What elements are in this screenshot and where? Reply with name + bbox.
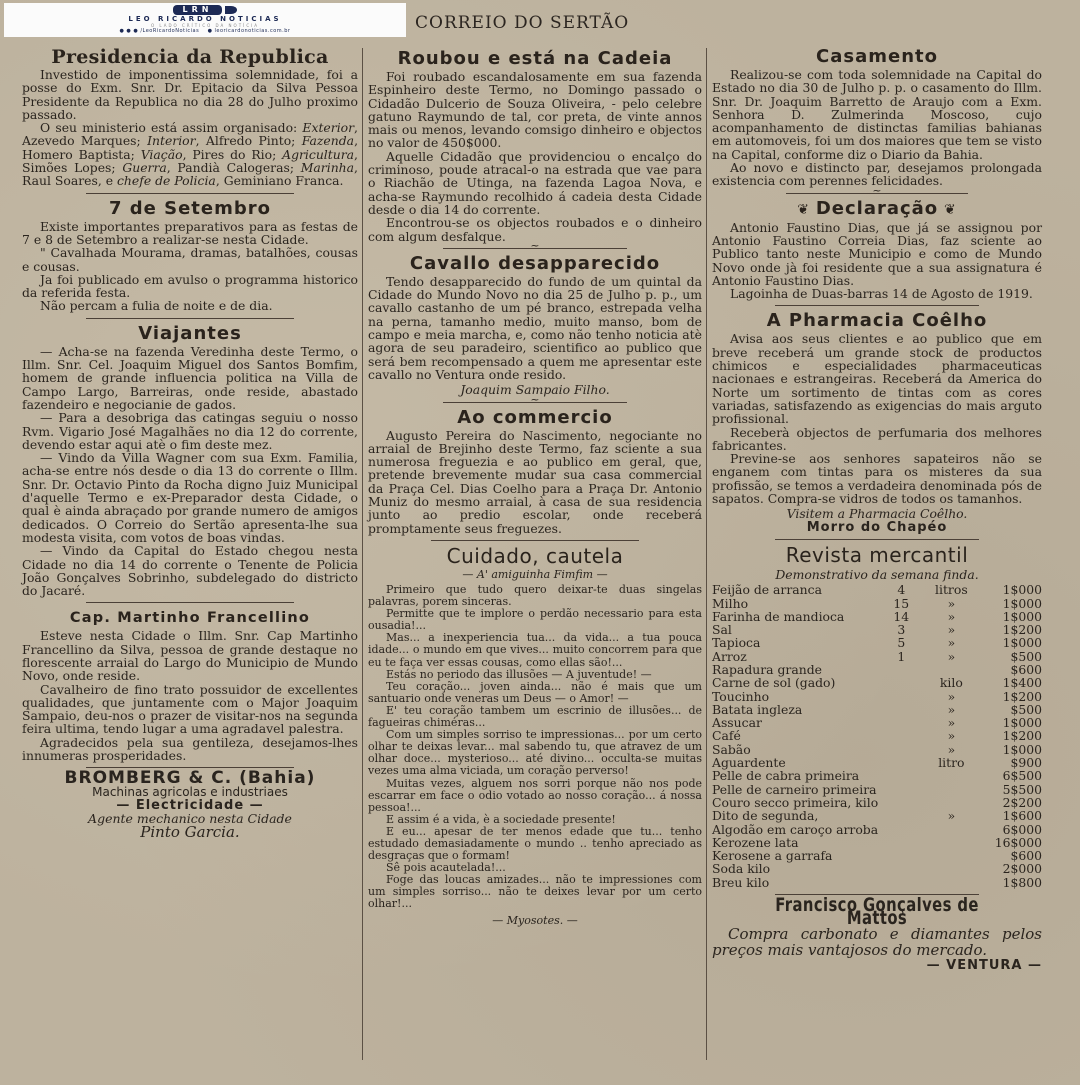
price-name: Kerosene a garrafa xyxy=(712,849,878,862)
ad-title: Francisco Gonçalves de Mattos xyxy=(748,899,1005,926)
price-name: Soda kilo xyxy=(712,862,878,875)
globe-icon: ● xyxy=(208,28,213,34)
price-name: Milho xyxy=(712,597,878,610)
price-price: $500 xyxy=(978,650,1042,663)
price-qty xyxy=(878,876,924,889)
paragraph: — Vindo da Villa Wagner com sua Exm. Fam… xyxy=(22,451,358,544)
price-qty: 1 xyxy=(878,650,924,663)
price-name: Rapadura grande xyxy=(712,663,878,676)
headline: Viajantes xyxy=(22,323,358,345)
paragraph: Muitas vezes, alguem nos sorri porque nã… xyxy=(368,778,702,814)
price-name: Pelle de cabra primeira xyxy=(712,769,878,782)
price-price: $900 xyxy=(978,756,1042,769)
price-price: 5$500 xyxy=(978,783,1042,796)
price-price: $500 xyxy=(978,703,1042,716)
price-name: Kerozene lata xyxy=(712,836,878,849)
paragraph: Antonio Faustino Dias, que já se assigno… xyxy=(712,221,1042,287)
paragraph: Permitte que te implore o perdão necessa… xyxy=(368,608,702,632)
price-unit: » xyxy=(924,636,978,649)
price-name: Feijão de arranca xyxy=(712,583,878,596)
price-row: Dito de segunda,»1$600 xyxy=(712,809,1042,822)
price-name: Couro secco primeira, kilo xyxy=(712,796,878,809)
price-name: Algodão em caroço arroba xyxy=(712,823,878,836)
logo-text: LRN xyxy=(173,5,223,15)
paragraph: Mas... a inexperiencia tua... da vida...… xyxy=(368,632,702,668)
paragraph: Teu coração... joven ainda... não é mais… xyxy=(368,681,702,705)
price-table: Feijão de arranca4litros1$000Milho15»1$0… xyxy=(712,583,1042,889)
price-row: Aguardentelitro$900 xyxy=(712,756,1042,769)
headline: Cuidado, cautela xyxy=(368,545,702,567)
place: — VENTURA — xyxy=(911,958,1042,974)
price-unit xyxy=(924,849,978,862)
price-row: Kerozene lata16$000 xyxy=(712,836,1042,849)
paragraph: Lagoinha de Duas-barras 14 de Agosto de … xyxy=(712,287,1042,300)
ornamental-divider xyxy=(443,402,627,403)
price-price: 2$200 xyxy=(978,796,1042,809)
masthead: CORREIO DO SERTÃO xyxy=(415,13,629,33)
price-qty xyxy=(878,663,924,676)
headline: Revista mercantil xyxy=(712,544,1042,566)
price-row: Assucar»1$000 xyxy=(712,716,1042,729)
divider xyxy=(86,193,294,194)
price-qty: 14 xyxy=(878,610,924,623)
price-row: Rapadura grande$600 xyxy=(712,663,1042,676)
paragraph: " Cavalhada Mourama, dramas, batalhões, … xyxy=(22,246,358,273)
price-price: $600 xyxy=(978,663,1042,676)
price-name: Carne de sol (gado) xyxy=(712,676,878,689)
price-name: Farinha de mandioca xyxy=(712,610,878,623)
price-qty xyxy=(878,690,924,703)
headline: Cavallo desapparecido xyxy=(368,253,702,275)
price-qty xyxy=(878,823,924,836)
price-unit xyxy=(924,862,978,875)
paragraph: Investido de imponentissima solemnidade,… xyxy=(22,68,358,121)
price-name: Toucinho xyxy=(712,690,878,703)
article-7-setembro: 7 de Setembro Existe importantes prepara… xyxy=(22,198,358,313)
paragraph: Foi roubado escandalosamente em sua faze… xyxy=(368,70,702,150)
price-qty xyxy=(878,769,924,782)
social-handle: /LeoRicardoNoticias xyxy=(140,28,199,34)
price-qty: 3 xyxy=(878,623,924,636)
article-commercio: Ao commercio Augusto Pereira do Nascimen… xyxy=(368,407,702,535)
price-unit: litro xyxy=(924,756,978,769)
price-name: Tapioca xyxy=(712,636,878,649)
article-presidencia: Presidencia da Republica Investido de im… xyxy=(22,46,358,188)
price-unit: » xyxy=(924,597,978,610)
article-cuidado: Cuidado, cautela — A' amiguinha Fimfim —… xyxy=(368,545,702,927)
price-name: Arroz xyxy=(712,650,878,663)
divider xyxy=(775,539,980,540)
price-name: Sabão xyxy=(712,743,878,756)
price-row: Arroz1»$500 xyxy=(712,650,1042,663)
divider xyxy=(86,318,294,319)
price-qty xyxy=(878,836,924,849)
price-price: 1$200 xyxy=(978,623,1042,636)
price-qty xyxy=(878,756,924,769)
price-unit: litros xyxy=(924,583,978,596)
price-unit: » xyxy=(924,716,978,729)
tagline: Visitem a Pharmacia Coêlho. xyxy=(712,507,1042,520)
price-unit: kilo xyxy=(924,676,978,689)
article-casamento: Casamento Realizou-se com toda solemnida… xyxy=(712,46,1042,188)
ad-bromberg: BROMBERG & C. (Bahia) Machinas agricolas… xyxy=(22,772,358,838)
watermark-banner: LRN LEO RICARDO NOTICIAS O LADO CRÍTICO … xyxy=(4,3,406,37)
price-qty xyxy=(878,809,924,822)
price-price: 1$000 xyxy=(978,743,1042,756)
price-price: 1$600 xyxy=(978,809,1042,822)
paragraph: — Acha-se na fazenda Veredinha deste Ter… xyxy=(22,345,358,411)
paragraph: Receberà objectos de perfumaria dos melh… xyxy=(712,426,1042,453)
column-divider xyxy=(362,48,363,1060)
price-unit: » xyxy=(924,809,978,822)
price-row: Café»1$200 xyxy=(712,729,1042,742)
ornamental-divider xyxy=(443,248,627,249)
social-icons: ● ● ● xyxy=(119,28,140,34)
price-name: Dito de segunda, xyxy=(712,809,878,822)
price-qty xyxy=(878,862,924,875)
price-qty: 15 xyxy=(878,597,924,610)
price-price: 6$000 xyxy=(978,823,1042,836)
price-unit xyxy=(924,663,978,676)
price-qty xyxy=(878,849,924,862)
paragraph: Agradecidos pela sua gentileza, desejamo… xyxy=(22,736,358,763)
leaf-ornament-icon: ❦ xyxy=(797,202,816,218)
price-unit: » xyxy=(924,690,978,703)
price-row: Algodão em caroço arroba6$000 xyxy=(712,823,1042,836)
price-price: 2$000 xyxy=(978,862,1042,875)
price-price: 6$500 xyxy=(978,769,1042,782)
headline: Casamento xyxy=(712,46,1042,68)
price-row: Pelle de carneiro primeira5$500 xyxy=(712,783,1042,796)
price-qty: 5 xyxy=(878,636,924,649)
price-row: Sabão»1$000 xyxy=(712,743,1042,756)
paragraph: O seu ministerio está assim organisado: … xyxy=(22,121,358,187)
price-price: 1$000 xyxy=(978,583,1042,596)
price-qty: 4 xyxy=(878,583,924,596)
signature: — Myosotes. — xyxy=(368,915,702,927)
price-price: 1$000 xyxy=(978,597,1042,610)
headline: Ao commercio xyxy=(368,407,702,429)
revista-mercantil: Revista mercantil Demonstrativo da seman… xyxy=(712,544,1042,889)
price-name: Breu kilo xyxy=(712,876,878,889)
price-name: Café xyxy=(712,729,878,742)
fish-icon xyxy=(225,6,237,14)
ad-line: — Electricidade — xyxy=(22,799,358,812)
ad-text: Compra carbonato e diamantes pelos preço… xyxy=(712,926,1042,958)
price-name: Sal xyxy=(712,623,878,636)
price-price: 1$000 xyxy=(978,636,1042,649)
price-row: Carne de sol (gado)kilo1$400 xyxy=(712,676,1042,689)
price-price: 1$200 xyxy=(978,690,1042,703)
ad-pharmacia: A Pharmacia Coêlho Avisa aos seus client… xyxy=(712,310,1042,533)
paragraph: E eu... apesar de ter menos edade que tu… xyxy=(368,826,702,862)
column-divider xyxy=(706,48,707,1060)
article-declaracao: ❦ Declaração ❦ Antonio Faustino Dias, qu… xyxy=(712,198,1042,301)
price-qty xyxy=(878,743,924,756)
ad-signature: Pinto Garcia. xyxy=(22,826,358,839)
paragraph: Aquelle Cidadão que providenciou o encal… xyxy=(368,150,702,216)
price-unit xyxy=(924,769,978,782)
paragraph: Com um simples sorriso te impressionas..… xyxy=(368,729,702,777)
divider xyxy=(86,602,294,603)
price-unit xyxy=(924,876,978,889)
article-martinho: Cap. Martinho Francellino Esteve nesta C… xyxy=(22,607,358,762)
price-price: 1$000 xyxy=(978,716,1042,729)
price-unit: » xyxy=(924,729,978,742)
price-row: Feijão de arranca4litros1$000 xyxy=(712,583,1042,596)
left-column: Presidencia da Republica Investido de im… xyxy=(22,46,358,839)
price-row: Milho15»1$000 xyxy=(712,597,1042,610)
paragraph: Primeiro que tudo quero deixar-te duas s… xyxy=(368,584,702,608)
price-price: 1$400 xyxy=(978,676,1042,689)
leaf-ornament-icon: ❦ xyxy=(938,202,957,218)
price-qty xyxy=(878,796,924,809)
paragraph: Foge das loucas amizades... não te impre… xyxy=(368,874,702,910)
price-price: 16$000 xyxy=(978,836,1042,849)
price-unit: » xyxy=(924,650,978,663)
ad-francisco: Francisco Gonçalves de Mattos Compra car… xyxy=(712,899,1042,958)
paragraph: Avisa aos seus clientes e ao publico que… xyxy=(712,332,1042,425)
price-row: Pelle de cabra primeira6$500 xyxy=(712,769,1042,782)
price-price: 1$800 xyxy=(978,876,1042,889)
headline: ❦ Declaração ❦ xyxy=(712,198,1042,221)
price-unit xyxy=(924,836,978,849)
paragraph: Previne-se aos senhores sapateiros não s… xyxy=(712,452,1042,505)
price-unit: » xyxy=(924,743,978,756)
headline: 7 de Setembro xyxy=(22,198,358,220)
price-row: Breu kilo1$800 xyxy=(712,876,1042,889)
paragraph: — Vindo da Capital do Estado chegou nest… xyxy=(22,544,358,597)
price-price: 1$000 xyxy=(978,610,1042,623)
article-viajantes: Viajantes — Acha-se na fazenda Veredinha… xyxy=(22,323,358,598)
price-unit xyxy=(924,796,978,809)
price-qty xyxy=(878,703,924,716)
price-unit xyxy=(924,783,978,796)
watermark-title: LEO RICARDO NOTICIAS xyxy=(128,15,281,23)
price-price: $600 xyxy=(978,849,1042,862)
paragraph: Não percam a fulia de noite e de dia. xyxy=(22,299,358,312)
price-row: Tapioca5»1$000 xyxy=(712,636,1042,649)
headline: Roubou e está na Cadeia xyxy=(368,48,702,70)
right-column: Casamento Realizou-se com toda solemnida… xyxy=(712,46,1042,974)
paragraph: E' teu coração tambem um escrinio de ill… xyxy=(368,705,702,729)
price-qty xyxy=(878,676,924,689)
ornamental-divider xyxy=(786,193,968,194)
price-unit xyxy=(924,823,978,836)
price-unit: » xyxy=(924,623,978,636)
paragraph: Cavalheiro de fino trato possuidor de ex… xyxy=(22,683,358,736)
price-row: Soda kilo2$000 xyxy=(712,862,1042,875)
dedication: — A' amiguinha Fimfim — xyxy=(368,569,702,581)
paragraph: Augusto Pereira do Nascimento, negociant… xyxy=(368,429,702,535)
subtitle: Demonstrativo da semana finda. xyxy=(712,568,1042,581)
headline: Presidencia da Republica xyxy=(22,46,358,68)
price-row: Farinha de mandioca14»1$000 xyxy=(712,610,1042,623)
price-name: Assucar xyxy=(712,716,878,729)
watermark-social: ● ● ● /LeoRicardoNoticias ● leoricardono… xyxy=(119,28,290,35)
price-name: Batata ingleza xyxy=(712,703,878,716)
website-url: leoricardonoticias.com.br xyxy=(215,28,291,34)
lrn-logo: LRN xyxy=(173,5,238,15)
price-price: 1$200 xyxy=(978,729,1042,742)
paragraph: Realizou-se com toda solemnidade na Capi… xyxy=(712,68,1042,161)
price-qty xyxy=(878,729,924,742)
paragraph: Estás no periodo das illusões — A juvent… xyxy=(368,669,702,681)
paragraph: Tendo desapparecido do fundo de um quint… xyxy=(368,275,702,381)
paragraph: — Para a desobriga das catingas seguiu o… xyxy=(22,411,358,451)
price-row: Sal3»1$200 xyxy=(712,623,1042,636)
article-cavallo: Cavallo desapparecido Tendo desapparecid… xyxy=(368,253,702,397)
place: Morro do Chapéo xyxy=(712,521,1042,534)
paragraph: Ja foi publicado em avulso o programma h… xyxy=(22,273,358,300)
price-qty xyxy=(878,716,924,729)
price-unit: » xyxy=(924,610,978,623)
headline: Cap. Martinho Francellino xyxy=(22,607,358,629)
price-row: Couro secco primeira, kilo2$200 xyxy=(712,796,1042,809)
price-unit: » xyxy=(924,703,978,716)
price-row: Kerosene a garrafa$600 xyxy=(712,849,1042,862)
ad-title: BROMBERG & C. (Bahia) xyxy=(22,772,358,785)
price-row: Batata ingleza»$500 xyxy=(712,703,1042,716)
price-row: Toucinho»1$200 xyxy=(712,690,1042,703)
price-name: Pelle de carneiro primeira xyxy=(712,783,878,796)
divider xyxy=(775,305,980,306)
paragraph: Existe importantes preparativos para as … xyxy=(22,220,358,247)
price-qty xyxy=(878,783,924,796)
middle-column: Roubou e está na Cadeia Foi roubado esca… xyxy=(368,48,702,927)
headline: A Pharmacia Coêlho xyxy=(712,310,1042,332)
price-name: Aguardente xyxy=(712,756,878,769)
article-roubou: Roubou e está na Cadeia Foi roubado esca… xyxy=(368,48,702,243)
paragraph: Esteve nesta Cidade o Illm. Snr. Cap Mar… xyxy=(22,629,358,682)
divider xyxy=(431,540,638,541)
